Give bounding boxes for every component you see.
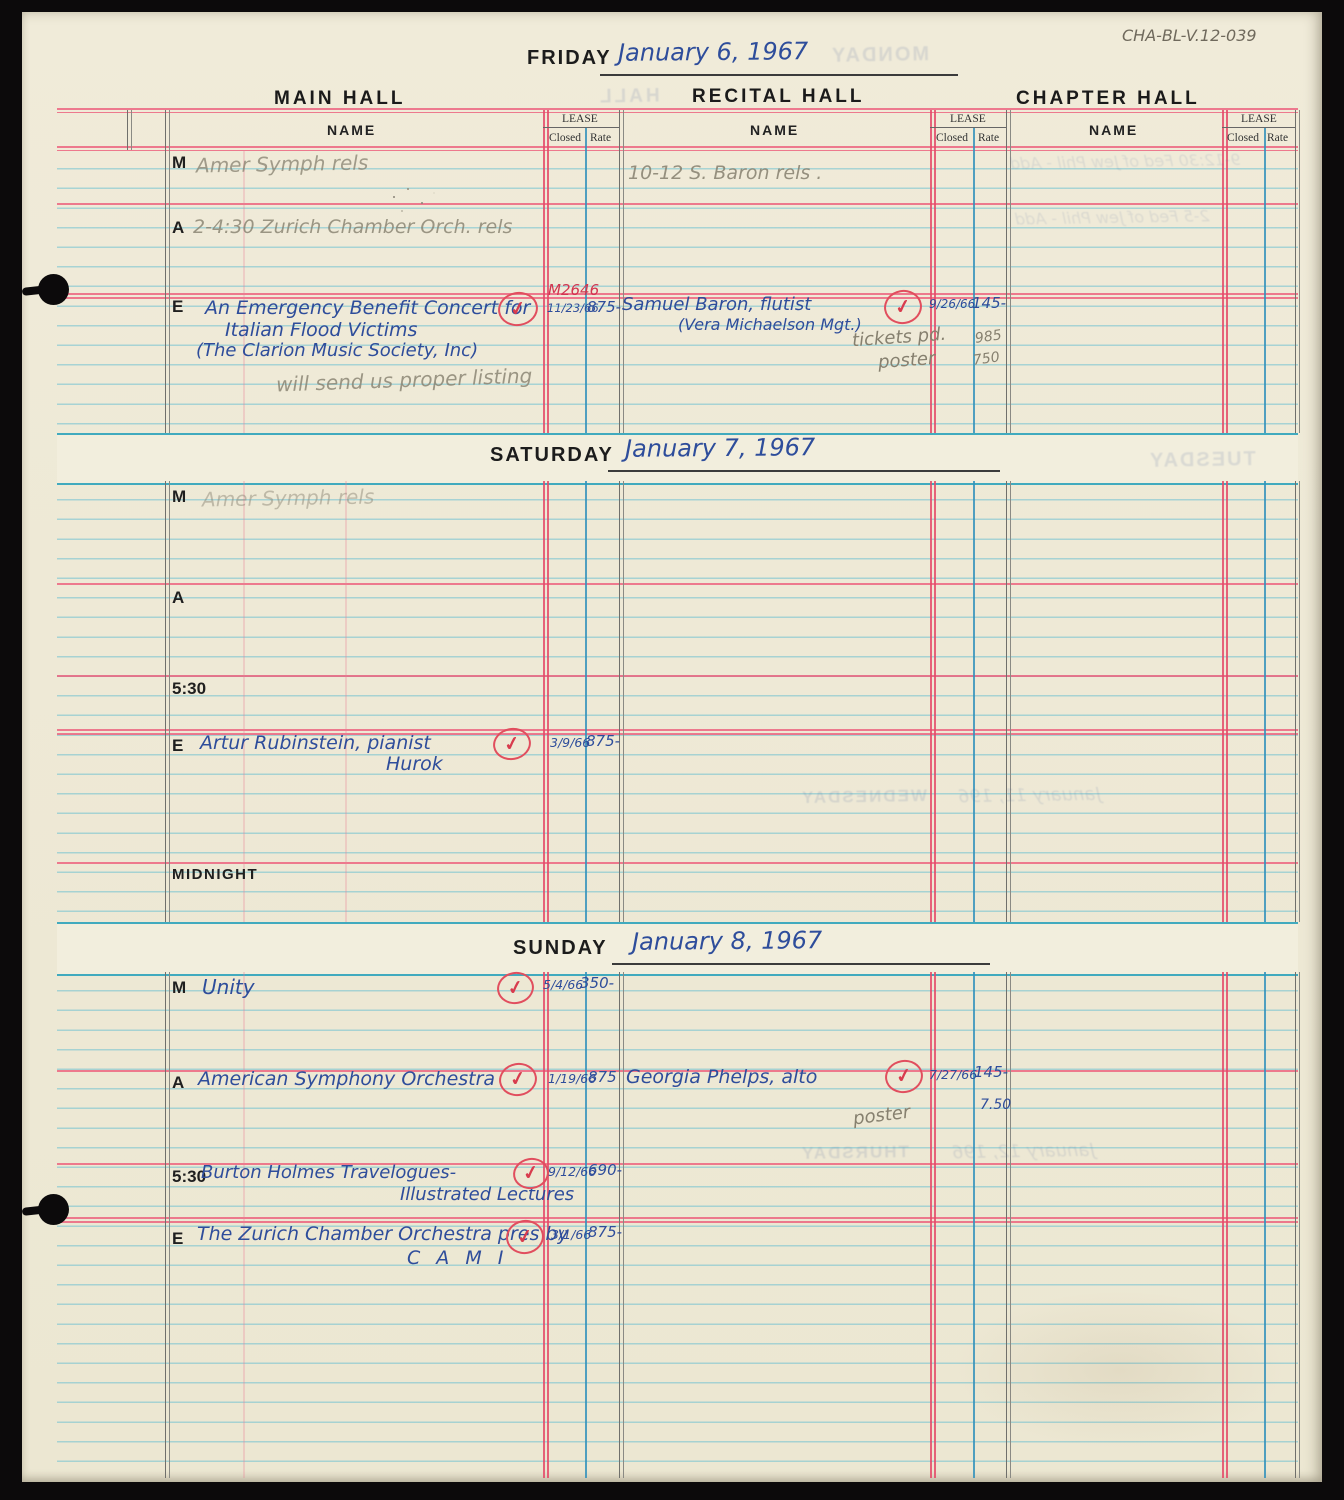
- rate-sunday-main-a: 875: [588, 1068, 617, 1086]
- closed-sunday-main-m: 5/4/66: [543, 977, 583, 992]
- day-title-saturday: SATURDAY: [490, 444, 614, 467]
- ledger-scan: FRIDAY January 6, 1967 CHA-BL-V.12-039 M…: [0, 0, 1344, 1500]
- entry-saturday-main-m: Amer Symph rels: [202, 484, 375, 511]
- entry-saturday-main-e-1: Artur Rubinstein, pianist: [200, 732, 431, 754]
- closed-sunday-main-e: 3/1/66: [551, 1227, 591, 1242]
- date-handwritten-saturday: January 7, 1967: [625, 433, 815, 463]
- date-underline: [600, 74, 958, 76]
- row-label-a: A: [172, 1073, 184, 1093]
- row-label-e: E: [172, 297, 183, 317]
- day-title-friday: FRIDAY: [527, 47, 612, 70]
- lease-header-main: LEASE: [562, 113, 598, 125]
- entry-friday-main-e-3: (The Clarion Music Society, Inc): [196, 340, 478, 361]
- ghost-text: 2-5 Fed of Jew Phil - Add: [1015, 206, 1210, 228]
- entry-friday-recital-e-1: Samuel Baron, flutist: [622, 294, 811, 315]
- entry-friday-main-e-2: Italian Flood Victims: [225, 319, 417, 341]
- rate-friday-recital-e: 145-: [972, 294, 1006, 312]
- saturday-grid: [57, 481, 1298, 922]
- rate-header-chapter: Rate: [1267, 132, 1288, 144]
- rate-saturday-main-e: 875-: [586, 732, 620, 750]
- ghost-text: WEDNESDAY: [800, 786, 927, 808]
- date-handwritten-sunday: January 8, 1967: [632, 926, 822, 956]
- column-name-main: NAME: [327, 122, 376, 138]
- ghost-text: January 11, 196: [958, 784, 1101, 807]
- entry-sunday-530-2: Illustrated Lectures: [400, 1184, 574, 1205]
- row-label-530: 5:30: [172, 679, 206, 699]
- closed-friday-recital-e: 9/26/66: [929, 297, 975, 311]
- archive-code: CHA-BL-V.12-039: [1122, 26, 1257, 45]
- closed-header-chapter: Closed: [1227, 132, 1259, 144]
- entry-sunday-530-1: Burton Holmes Travelogues-: [201, 1162, 456, 1183]
- entry-friday-main-a: 2-4:30 Zurich Chamber Orch. rels: [193, 216, 512, 238]
- entry-friday-main-e-1: An Emergency Benefit Concert for: [205, 297, 530, 319]
- entry-saturday-main-e-2: Hurok: [386, 753, 443, 775]
- entry-sunday-main-e-2: C A M I: [407, 1247, 508, 1269]
- ghost-text: 9-12:30 Fed of Jew Phil - Add: [1010, 150, 1241, 173]
- row-label-midnight: MIDNIGHT: [172, 866, 258, 883]
- ghost-text: MONDAY: [830, 43, 929, 68]
- closed-header-main: Closed: [549, 132, 581, 144]
- column-name-chapter: NAME: [1089, 122, 1138, 138]
- row-label-m: M: [172, 487, 186, 507]
- punch-hole: [38, 274, 69, 305]
- ghost-text: January 12, 196: [952, 1140, 1095, 1163]
- row-label-a: A: [172, 588, 184, 608]
- closed-header-recital: Closed: [936, 132, 968, 144]
- row-label-e: E: [172, 736, 183, 756]
- column-name-recital: NAME: [750, 122, 799, 138]
- day-title-sunday: SUNDAY: [513, 937, 608, 960]
- row-label-a: A: [172, 218, 184, 238]
- ghost-text: HALL: [597, 85, 660, 108]
- column-header-band: NAME NAME NAME LEASE Closed Rate LEASE C…: [57, 110, 1298, 150]
- row-label-m: M: [172, 978, 186, 998]
- lease-header-chapter: LEASE: [1241, 113, 1277, 125]
- closed-saturday-main-e: 3/9/66: [550, 735, 590, 750]
- rate-sunday-530: 690-: [588, 1161, 622, 1179]
- note-friday-poster: poster: [877, 348, 936, 373]
- hall-header-recital: RECITAL HALL: [692, 86, 865, 108]
- punch-hole: [38, 1194, 69, 1225]
- hall-header-main: MAIN HALL: [274, 88, 405, 110]
- hall-header-chapter: CHAPTER HALL: [1016, 88, 1200, 110]
- row-label-m: M: [172, 153, 186, 173]
- entry-sunday-main-a: American Symphony Orchestra: [198, 1068, 495, 1090]
- rate-sunday-main-m: 350-: [580, 974, 614, 992]
- rate-friday-main-e: 875-: [587, 298, 621, 316]
- entry-sunday-recital-a: Georgia Phelps, alto: [626, 1066, 817, 1088]
- lease-header-recital: LEASE: [950, 113, 986, 125]
- rate-header-recital: Rate: [978, 132, 999, 144]
- entry-friday-recital-e-2: (Vera Michaelson Mgt.): [678, 315, 862, 334]
- closed-sunday-recital-a: 7/27/66: [929, 1067, 977, 1082]
- friday-grid: [57, 150, 1298, 433]
- ghost-text: TUESDAY: [1148, 448, 1256, 473]
- date-handwritten-friday: January 6, 1967: [618, 37, 808, 67]
- rate-header-main: Rate: [590, 132, 611, 144]
- amount-sunday-recital-a: 7.50: [980, 1097, 1011, 1113]
- ghost-text: THURSDAY: [800, 1142, 909, 1164]
- lease-number-friday: M2646: [548, 281, 599, 299]
- dust-specks: [393, 196, 395, 198]
- rate-sunday-recital-a: 145-: [974, 1063, 1008, 1081]
- rate-sunday-main-e: 875-: [588, 1223, 622, 1241]
- entry-friday-main-m: Amer Symph rels: [196, 150, 369, 177]
- row-label-e: E: [172, 1229, 183, 1249]
- entry-friday-recital-m: 10-12 S. Baron rels .: [628, 162, 822, 184]
- stain: [950, 1290, 1290, 1450]
- entry-sunday-main-m: Unity: [202, 975, 255, 999]
